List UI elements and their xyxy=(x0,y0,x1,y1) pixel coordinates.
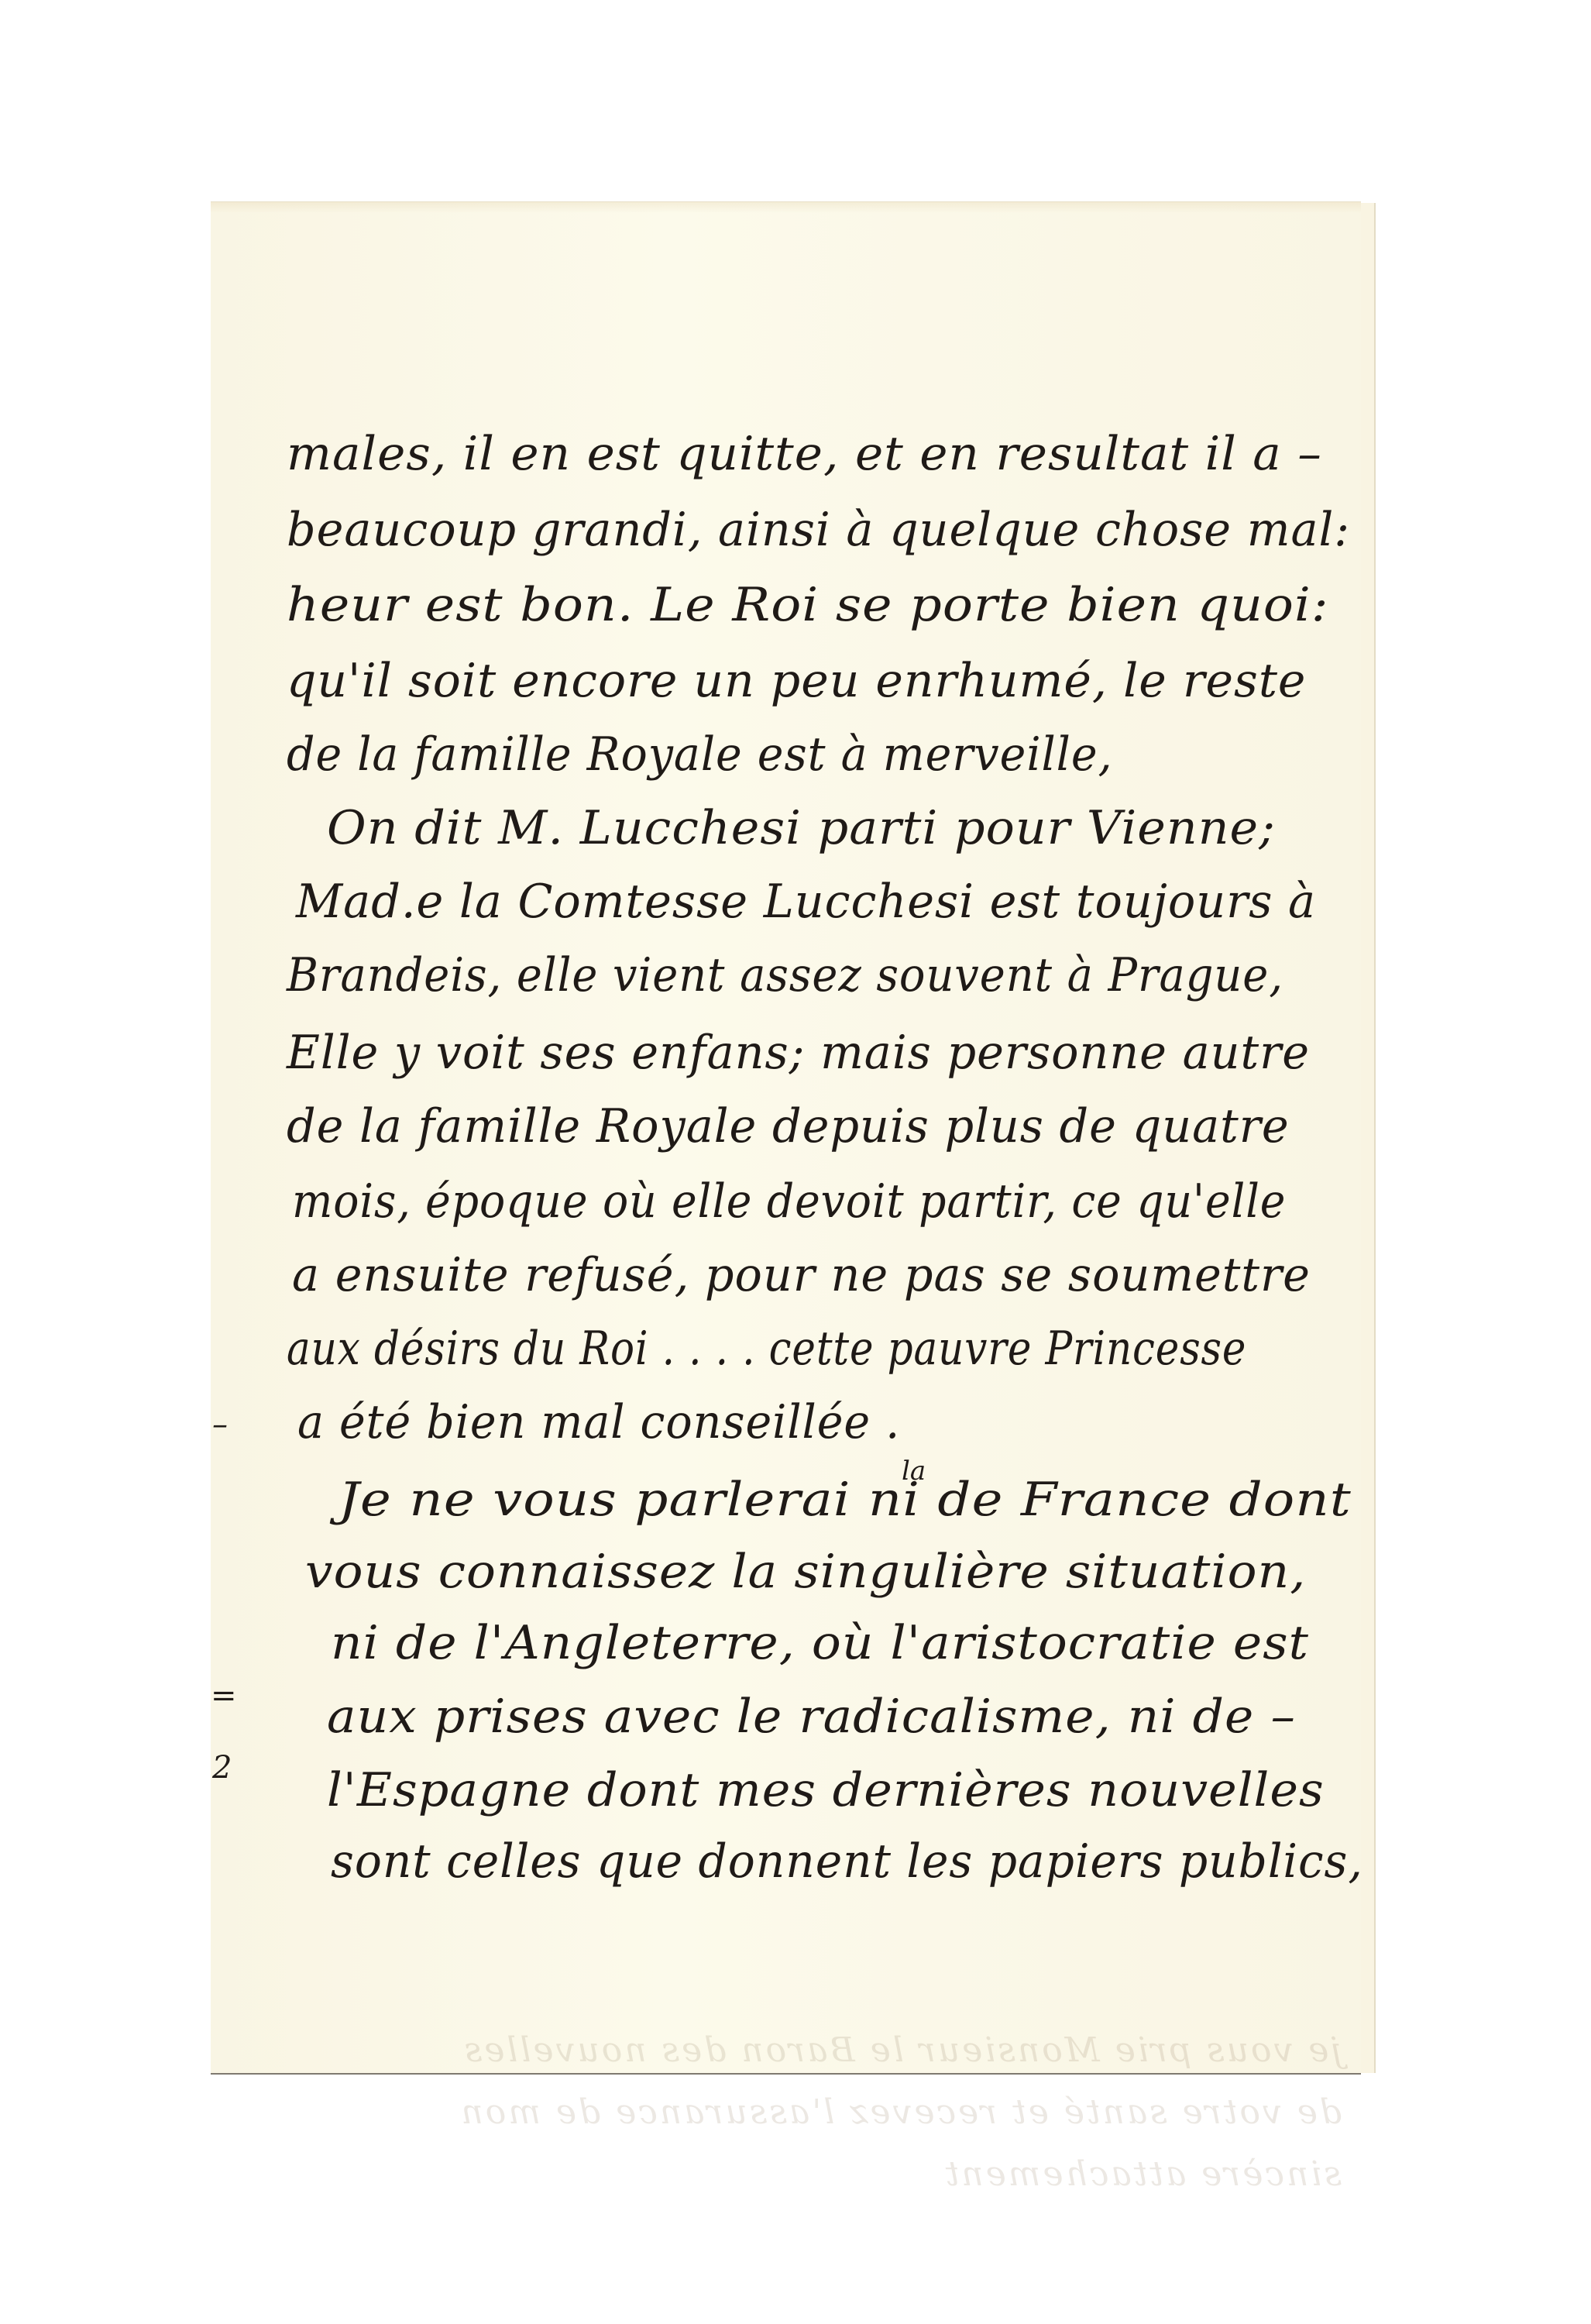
margin-mark: 2 xyxy=(212,1750,232,1786)
text-line-6: On dit M. Lucchesi parti pour Vienne; xyxy=(211,805,1477,851)
text-line-7: Mad.e la Comtesse Lucchesi est toujours … xyxy=(211,878,1446,925)
bleed-through-line: je vous prie Monsieur le Baron des nouve… xyxy=(226,2030,1342,2070)
text-line-2: beaucoup grandi, ainsi à quelque chose m… xyxy=(211,507,1437,553)
text-line-9: Elle y voit ses enfans; mais personne au… xyxy=(211,1030,1437,1076)
text-line-16: vous connaissez la singulière situation, xyxy=(211,1549,1455,1595)
margin-mark: = xyxy=(211,1678,237,1714)
text-line-15: Je ne vous parlerai ni de France dont xyxy=(211,1477,1489,1523)
bleed-through-line: de votre santé et recevez l'assurance de… xyxy=(226,2092,1342,2132)
text-line-1: males, il en est quitte, et en resultat … xyxy=(211,431,1437,477)
text-line-20: sont celles que donnent les papiers publ… xyxy=(211,1838,1481,1885)
text-line-4: qu'il soit encore un peu enrhumé, le res… xyxy=(211,658,1437,704)
text-line-17: ni de l'Angleterre, où l'aristocratie es… xyxy=(211,1620,1481,1666)
text-line-14: a été bien mal conseillée . xyxy=(211,1399,1448,1446)
text-line-11: mois, époque où elle devoit partir, ce q… xyxy=(211,1178,1442,1225)
text-line-19: l'Espagne dont mes dernières nouvelles xyxy=(211,1767,1477,1813)
text-line-13: aux désirs du Roi . . . . cette pauvre P… xyxy=(211,1325,1437,1372)
bleed-through-line: sincère attachement xyxy=(226,2154,1342,2194)
text-line-10: de la famille Royale depuis plus de quat… xyxy=(211,1103,1437,1150)
text-line-8: Brandeis, elle vient assez souvent à Pra… xyxy=(211,952,1437,999)
text-line-12: a ensuite refusé, pour ne pas se soumett… xyxy=(211,1252,1442,1298)
interlinear-insertion: la xyxy=(902,1456,926,1487)
text-line-3: heur est bon. Le Roi se porte bien quoi: xyxy=(211,582,1437,628)
text-line-18: aux prises avec le radicalisme, ni de – xyxy=(211,1693,1477,1740)
margin-mark: – xyxy=(212,1407,228,1442)
text-line-5: de la famille Royale est à merveille, xyxy=(211,731,1437,778)
letter-page: je vous prie Monsieur le Baron des nouve… xyxy=(211,201,1361,2073)
